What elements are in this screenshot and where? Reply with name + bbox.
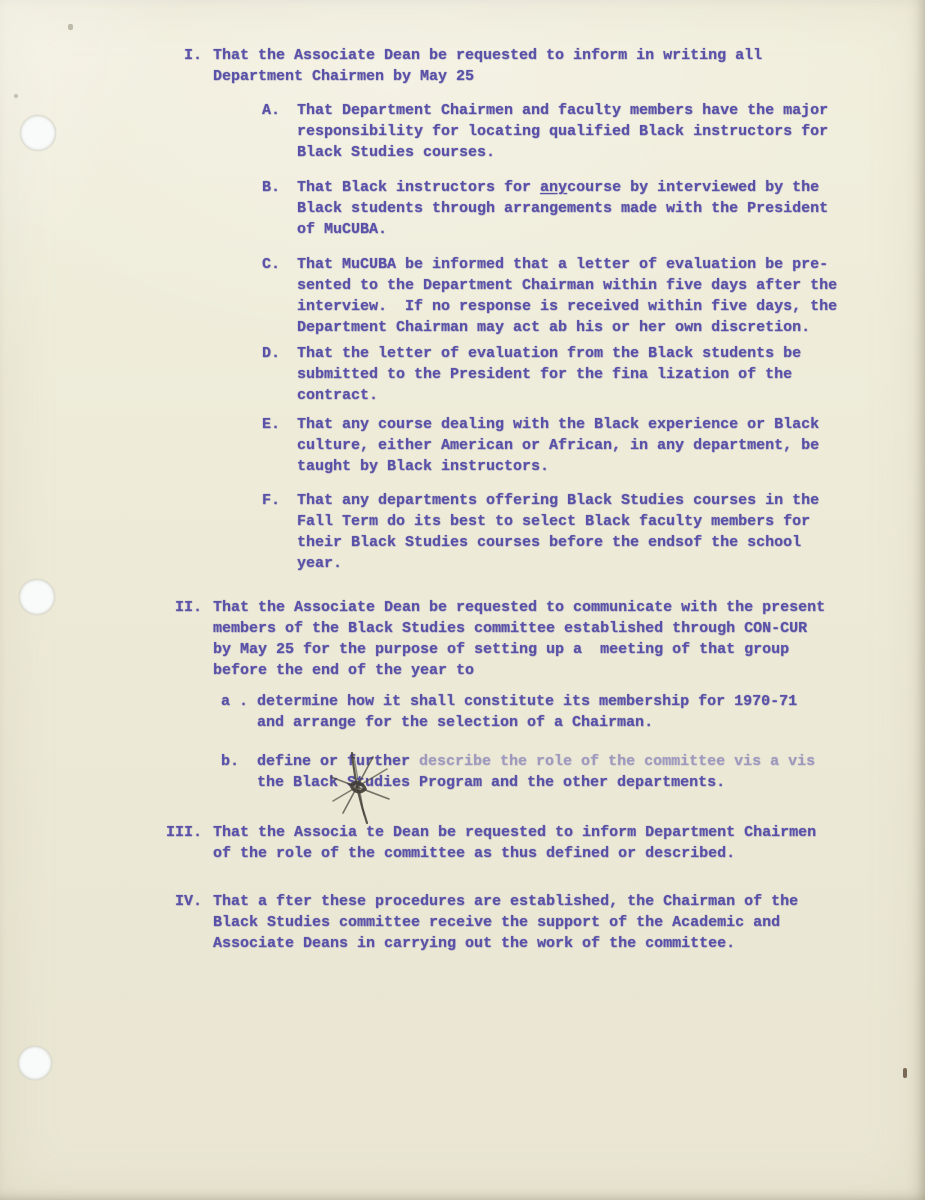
typed-line: sented to the Department Chairman within…	[297, 275, 837, 296]
typed-line: culture, either American or African, in …	[297, 435, 819, 456]
typed-line: members of the Black Studies committee e…	[213, 618, 807, 639]
typed-line: and arrange for the selection of a Chair…	[257, 712, 653, 733]
typed-line: That the Associate Dean be requested to …	[213, 597, 825, 618]
typed-line: That Department Chairmen and faculty mem…	[297, 100, 828, 121]
typed-line: year.	[297, 553, 342, 574]
faded-text: vis a vis	[725, 753, 815, 770]
typed-line: of MuCUBA.	[297, 219, 387, 240]
typed-line: Black Studies committee receive the supp…	[213, 912, 780, 933]
typed-line: That the letter of evaluation from the B…	[297, 343, 801, 364]
typed-line: Department Chairmen by May 25	[213, 66, 474, 87]
typed-line: before the end of the year to	[213, 660, 474, 681]
typed-line: by May 25 for the purpose of setting up …	[213, 639, 789, 660]
typed-line: submitted to the President for the fina …	[297, 364, 792, 385]
typed-line: interview. If no response is received wi…	[297, 296, 837, 317]
typed-line: Black Studies courses.	[297, 142, 495, 163]
text-segment: define or further	[257, 753, 419, 770]
item-label-2: B.	[262, 177, 280, 198]
scan-speck-0	[903, 1068, 907, 1078]
item-label-9: b.	[221, 751, 239, 772]
hole-punch-0	[20, 115, 56, 151]
typed-line: taught by Black instructors.	[297, 456, 549, 477]
typed-line: determine how it shall constitute its me…	[257, 691, 797, 712]
typed-line: That MuCUBA be informed that a letter of…	[297, 254, 828, 275]
item-label-0: I.	[184, 45, 202, 66]
typed-line: That Black instructors for anycourse by …	[297, 177, 819, 198]
text-segment: That Black instructors for	[297, 179, 540, 196]
hole-punch-1	[19, 579, 55, 615]
typed-line: of the role of the committee as thus def…	[213, 843, 735, 864]
item-label-1: A.	[262, 100, 280, 121]
item-label-11: IV.	[175, 891, 202, 912]
typed-line: the Black Studies Program and the other …	[257, 772, 725, 793]
scan-speck-1	[68, 24, 73, 30]
typed-line: Department Chairman may act ab his or he…	[297, 317, 810, 338]
item-label-5: E.	[262, 414, 280, 435]
typed-line: Fall Term do its best to select Black fa…	[297, 511, 810, 532]
scan-speck-2	[14, 94, 18, 98]
typed-line: Associate Deans in carrying out the work…	[213, 933, 735, 954]
typed-line: Black students through arrangements made…	[297, 198, 828, 219]
typed-line: define or further describe the role of t…	[257, 751, 815, 772]
typed-line: That any departments offering Black Stud…	[297, 490, 819, 511]
typed-line: That any course dealing with the Black e…	[297, 414, 819, 435]
item-label-6: F.	[262, 490, 280, 511]
faded-text: describe the role of the committee	[419, 753, 725, 770]
document-page: I.That the Associate Dean be requested t…	[0, 0, 925, 1200]
typed-line: contract.	[297, 385, 378, 406]
hole-punch-2	[18, 1046, 52, 1080]
item-label-3: C.	[262, 254, 280, 275]
typed-line: That the Associate Dean be requested to …	[213, 45, 762, 66]
typed-text-layer: I.That the Associate Dean be requested t…	[0, 0, 925, 1200]
item-label-8: a .	[221, 691, 248, 712]
typed-line: their Black Studies courses before the e…	[297, 532, 801, 553]
typed-line: That a fter these procedures are establi…	[213, 891, 798, 912]
item-label-10: III.	[166, 822, 202, 843]
text-segment: course by interviewed by the	[567, 179, 819, 196]
item-label-4: D.	[262, 343, 280, 364]
typed-line: responsibility for locating qualified Bl…	[297, 121, 828, 142]
typed-line: That the Associa te Dean be requested to…	[213, 822, 816, 843]
item-label-7: II.	[175, 597, 202, 618]
underlined-text: any	[540, 179, 567, 196]
